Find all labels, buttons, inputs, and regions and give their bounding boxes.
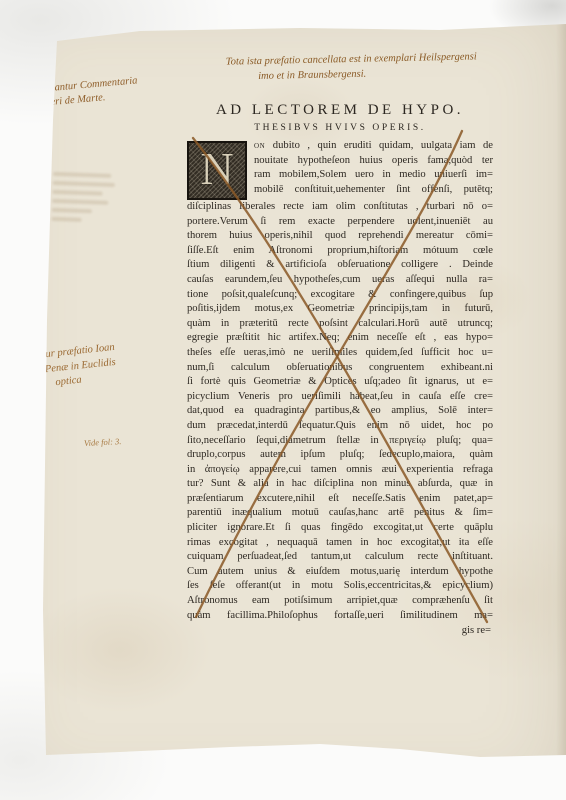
body-line: nouitate hypotheſeon huius operis fama,q…: [254, 154, 493, 169]
body-text: N on dubito , quin eruditi quidam, uulga…: [187, 139, 493, 639]
body-line: rimas excogitat , nequaquā tamen in hoc …: [187, 536, 493, 551]
body-line: thorem huius operis,nihil quod reprehend…: [187, 229, 493, 244]
body-line: ſtium diligenti & artificioſa obſeruatio…: [187, 258, 493, 273]
top-annotation-line2: imo et in Braunsbergensi.: [258, 64, 477, 84]
body-line: præſentiarum excutere,nihil eſt neceſſe.…: [187, 492, 493, 507]
margin-annotation-kepler: ∴Videantur Commentaria Kepleri de Marte.: [29, 74, 139, 111]
body-line: quàm in præteritū recte poſsint calcular…: [187, 317, 493, 332]
body-line: ſes ſeſe offerant(ut in motu Solis,eccen…: [187, 579, 493, 594]
body-line: ſiſſe.Eſt enim Aſtronomi proprium,hiſtor…: [187, 244, 493, 259]
body-line: ſi fortè quis Geometriæ & Optices uſq;ad…: [187, 375, 493, 390]
body-line: cauſas earundem,ſeu hypotheſes,cum ueras…: [187, 273, 493, 288]
body-line: ſito,neceſſario ſequi,diametrum ſtellæ i…: [187, 434, 493, 449]
body-line: Aſtronomus eam potiſsimum arripiet,quæ c…: [187, 594, 493, 609]
section-heading: AD LECTOREM DE HYPO. THESIBVS HVIVS OPER…: [187, 102, 493, 133]
page-subtitle: THESIBVS HVIVS OPERIS.: [187, 123, 493, 133]
body-line: Cum autem unius & eiuſdem motus,uarię in…: [187, 565, 493, 580]
body-full-lines: diſciplinas liberales recte iam olim con…: [187, 200, 493, 623]
manuscript-page: Tota ista præfatio cancellata est in exe…: [0, 0, 566, 800]
body-line: dum præcedat,interdū ſequatur.Quis enim …: [187, 419, 493, 434]
body-line: num,ſi calculum obſeruationibus congruen…: [187, 361, 493, 376]
body-line: pliciter ignorare.Et ſi quas fingēdo exc…: [187, 521, 493, 536]
show-through-line: [53, 181, 115, 187]
body-line: on dubito , quin eruditi quidam, uulgata…: [254, 139, 493, 154]
show-through-line: [52, 208, 92, 213]
body-line: druplo,corpus autem ipſum pluſq; ſedecup…: [187, 448, 493, 463]
margin-annotation-pena: "Videatur præfatio Ioan nis Penæ in Eucl…: [14, 341, 118, 395]
body-line: ram mobilem,Solem uero in medio uniuerſi…: [254, 168, 493, 183]
show-through-line: [52, 190, 102, 196]
photo-background: Tota ista præfatio cancellata est in exe…: [0, 0, 566, 800]
body-indented-lines: on dubito , quin eruditi quidam, uulgata…: [254, 139, 493, 200]
catchword: gis re=: [187, 624, 493, 639]
body-line: parentiū inæqualium motuū cauſas,hanc ar…: [187, 506, 493, 521]
body-line: theſes eſſe ueras,imò ne ueriſimiles qui…: [187, 346, 493, 361]
body-line: dat,quod ea quadraginta partibus,& eo am…: [187, 404, 493, 419]
body-line: picyclium Veneris pro ueriſimili habeat,…: [187, 390, 493, 405]
body-line: tur? Sunt & alia in hac diſciplina non m…: [187, 477, 493, 492]
body-line: diſciplinas liberales recte iam olim con…: [187, 200, 493, 215]
margin-annotation-vide-fol: Vide fol: 3.: [84, 436, 122, 448]
woodcut-initial: N: [187, 141, 247, 200]
body-line: in ἀπογείῳ apparere,cui tamen omnis æui …: [187, 463, 493, 478]
body-line: cuiquam perſuadeat,ſed tantum,ut calculu…: [187, 550, 493, 565]
page-title: AD LECTOREM DE HYPO.: [187, 102, 493, 119]
body-line: egregie præſtitit hic artifex.Neq; enim …: [187, 331, 493, 346]
show-through-line: [52, 199, 108, 205]
body-line: tione poſsit,qualeſcunq; excogitare & co…: [187, 288, 493, 303]
top-annotation: Tota ista præfatio cancellata est in exe…: [226, 49, 477, 84]
body-line: mobilē conſtituit,uehementer ſint offenſ…: [254, 183, 493, 198]
body-line-text: dubito , quin eruditi quidam, uulgata ia…: [265, 140, 493, 151]
verso-show-through: [51, 167, 120, 249]
show-through-line: [52, 217, 82, 222]
body-line: portere.Verum ſi rem exacte perpendere u…: [187, 215, 493, 230]
body-first-chunk: N on dubito , quin eruditi quidam, uulga…: [187, 139, 493, 200]
body-line: quàm facillima.Philoſophus fortaſſe,ueri…: [187, 609, 493, 624]
body-line: poſitis,ijdem motus,ex Geometriæ princip…: [187, 302, 493, 317]
show-through-line: [53, 172, 111, 178]
lead-small-caps: on: [254, 140, 265, 151]
